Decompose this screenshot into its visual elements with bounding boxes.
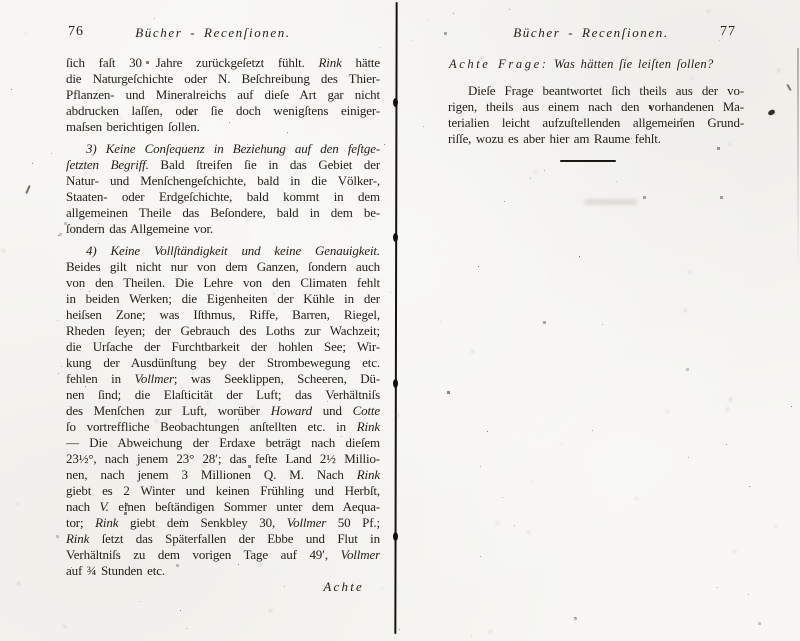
- text-segment: Howard: [271, 403, 312, 418]
- text-line: von den Theilen. Die Lehre von den Clima…: [66, 275, 380, 291]
- text-line: tor; Rink giebt dem Senkbley 30, Vollmer…: [66, 515, 380, 531]
- paragraph: ſich faſt 30 Jahre zurückgeſetzt fühlt. …: [66, 55, 380, 135]
- text-segment: riſſe, wozu es aber hier am Raume fehlt.: [448, 131, 661, 146]
- text-segment: maſsen berichtigen ſollen.: [66, 119, 200, 134]
- text-line: Natur- und Menſchengeſchichte, bald in d…: [66, 173, 380, 189]
- book-scan: 76 Bücher - Recenſionen. ſich faſt 30 Ja…: [0, 0, 800, 641]
- text-line: ſich faſt 30 Jahre zurückgeſetzt fühlt. …: [66, 55, 380, 71]
- scan-edge-artifact: [797, 48, 799, 268]
- page-number-right: 77: [720, 24, 736, 40]
- text-line: die Urſache der Furchtbarkeit der hohlen…: [66, 339, 380, 355]
- text-segment: giebt es 2 Winter und keinen Frühling un…: [66, 483, 380, 498]
- text-line: in beiden Werken; die Eigenheiten der Kü…: [66, 291, 380, 307]
- text-segment: Dieſe Frage beantwortet ſich theils aus …: [468, 83, 744, 98]
- text-segment: ſetzt das Späterfallen der Ebbe und Flut…: [89, 531, 380, 546]
- text-line: abdrucken laſſen, oder ſie doch wenigſte…: [66, 103, 380, 119]
- text-segment: Vollmer: [135, 371, 174, 386]
- scan-smudge: [585, 200, 637, 204]
- text-segment: Rink: [357, 467, 380, 482]
- scan-noise-light: [0, 0, 1, 1]
- text-segment: Achte Frage:: [449, 57, 549, 71]
- ink-speck: [786, 84, 791, 91]
- text-line: ſetzten Begriff. Bald ſtreifen ſie in da…: [66, 157, 380, 173]
- paragraph: 4) Keine Vollſtändigkeit und keine Genau…: [66, 243, 380, 579]
- text-segment: einen beſtändigen Sommer unter dem Aequa…: [109, 499, 380, 514]
- text-segment: Rink: [66, 531, 89, 546]
- text-line: rigen, theils aus einem nach den vorhand…: [448, 99, 744, 115]
- running-header-left: Bücher - Recenſionen.: [135, 25, 290, 41]
- text-segment: ſetzten Begriff.: [66, 157, 149, 172]
- text-segment: Natur- und Menſchengeſchichte, bald in d…: [66, 173, 380, 188]
- text-segment: terialien leicht aufzuſtellenden allgeme…: [448, 115, 744, 130]
- text-segment: Rink: [357, 419, 380, 434]
- text-segment: die Urſache der Furchtbarkeit der hohlen…: [66, 339, 380, 354]
- text-segment: 4) Keine Vollſtändigkeit und keine Genau…: [86, 243, 380, 258]
- gutter-ink-blob: [393, 532, 398, 541]
- text-segment: ſondern das Allgemeine vor.: [66, 221, 213, 236]
- text-segment: 23½°, nach jenem 23° 28′; das feſte Land…: [66, 451, 380, 466]
- text-segment: allgemeinen Theile das Beſondere, bald i…: [66, 205, 380, 220]
- text-line: 4) Keine Vollſtändigkeit und keine Genau…: [66, 243, 380, 259]
- text-block-left: ſich faſt 30 Jahre zurückgeſetzt fühlt. …: [66, 55, 380, 579]
- text-block-right: Dieſe Frage beantwortet ſich theils aus …: [448, 83, 744, 147]
- gutter-ink-blob: [393, 233, 398, 242]
- text-line: 3) Keine Conſequenz in Beziehung auf den…: [66, 141, 380, 157]
- text-segment: abdrucken laſſen, oder ſie doch wenigſte…: [66, 103, 380, 118]
- text-segment: tor;: [66, 515, 95, 530]
- catchword: Achte: [323, 579, 364, 595]
- paragraph: Dieſe Frage beantwortet ſich theils aus …: [448, 83, 744, 147]
- text-segment: Verhältniſs zu dem vorigen Tage auf 49′,: [66, 547, 341, 562]
- text-line: auf ¾ Stunden etc.: [66, 563, 380, 579]
- text-segment: 3) Keine Conſequenz in Beziehung auf den…: [86, 141, 380, 156]
- text-segment: kung der Ausdünſtung bey der Strombewegu…: [66, 355, 380, 370]
- text-line: Beides gilt nicht nur von dem Ganzen, ſo…: [66, 259, 380, 275]
- text-line: ſondern das Allgemeine vor.: [66, 221, 380, 237]
- text-line: nen, nach jenem 3 Millionen Q. M. Nach R…: [66, 467, 380, 483]
- text-segment: ſo vortreffliche Beobachtungen anſtellte…: [66, 419, 357, 434]
- text-line: 23½°, nach jenem 23° 28′; das feſte Land…: [66, 451, 380, 467]
- text-line: Pflanzen- und Mineralreichs auf dieſe Ar…: [66, 87, 380, 103]
- text-segment: die Naturgeſchichte oder N. Beſchreibung…: [66, 71, 380, 86]
- running-header-right: Bücher - Recenſionen.: [513, 25, 668, 41]
- text-line: Rink ſetzt das Späterfallen der Ebbe und…: [66, 531, 380, 547]
- ink-speck: [25, 185, 30, 194]
- section-heading: Achte Frage: Was hätten ſie leiſten ſoll…: [449, 57, 714, 72]
- text-segment: von den Theilen. Die Lehre von den Clima…: [66, 275, 380, 290]
- text-segment: Beides gilt nicht nur von dem Ganzen, ſo…: [66, 259, 380, 274]
- text-segment: nen, nach jenem 3 Millionen Q. M. Nach: [66, 467, 357, 482]
- text-segment: des Menſchen zur Luft, worüber: [66, 403, 271, 418]
- text-segment: Bald ſtreifen ſie in das Gebiet der: [149, 157, 380, 172]
- text-segment: nen ſind; die Elaſticität der Luft; das …: [66, 387, 380, 402]
- text-line: nen ſind; die Elaſticität der Luft; das …: [66, 387, 380, 403]
- page-number-left: 76: [68, 24, 84, 40]
- ink-speck: [767, 109, 775, 116]
- text-line: nach V. einen beſtändigen Sommer unter d…: [66, 499, 380, 515]
- paragraph: 3) Keine Conſequenz in Beziehung auf den…: [66, 141, 380, 237]
- text-line: ſo vortreffliche Beobachtungen anſtellte…: [66, 419, 380, 435]
- text-line: fehlen in Vollmer; was Seeklippen, Schee…: [66, 371, 380, 387]
- text-segment: Vollmer: [341, 547, 380, 562]
- text-line: allgemeinen Theile das Beſondere, bald i…: [66, 205, 380, 221]
- gutter-ink-blob: [393, 98, 398, 107]
- text-line: riſſe, wozu es aber hier am Raume fehlt.: [448, 131, 744, 147]
- text-line: maſsen berichtigen ſollen.: [66, 119, 380, 135]
- text-segment: Rink: [95, 515, 118, 530]
- gutter-ink-blob: [393, 379, 398, 388]
- text-segment: heiſsen Zone; was Iſthmus, Riffe, Barren…: [66, 307, 380, 322]
- text-line: Rheden ſeyen; der Gebrauch des Loths zur…: [66, 323, 380, 339]
- text-segment: — Die Abweichung der Erdaxe beträgt nach…: [66, 435, 380, 450]
- text-segment: Cotte: [353, 403, 380, 418]
- text-segment: rigen, theils aus einem nach den vorhand…: [448, 99, 744, 114]
- text-line: giebt es 2 Winter und keinen Frühling un…: [66, 483, 380, 499]
- text-line: terialien leicht aufzuſtellenden allgeme…: [448, 115, 744, 131]
- text-line: Staaten- oder Erdgeſchichte, bald kommt …: [66, 189, 380, 205]
- text-segment: ; was Seeklippen, Scheeren, Dü-: [174, 371, 380, 386]
- text-segment: hätte: [342, 55, 380, 70]
- text-segment: Rink: [319, 55, 342, 70]
- text-segment: auf ¾ Stunden etc.: [66, 563, 165, 578]
- scan-noise-dark: [0, 0, 1, 1]
- text-line: Verhältniſs zu dem vorigen Tage auf 49′,…: [66, 547, 380, 563]
- text-line: heiſsen Zone; was Iſthmus, Riffe, Barren…: [66, 307, 380, 323]
- text-segment: und: [312, 403, 353, 418]
- section-end-rule: [560, 160, 616, 162]
- text-segment: Was hätten ſie leiſten ſollen?: [554, 57, 714, 71]
- text-line: kung der Ausdünſtung bey der Strombewegu…: [66, 355, 380, 371]
- text-line: die Naturgeſchichte oder N. Beſchreibung…: [66, 71, 380, 87]
- text-line: — Die Abweichung der Erdaxe beträgt nach…: [66, 435, 380, 451]
- text-segment: V.: [99, 499, 108, 514]
- text-segment: ſich faſt 30 Jahre zurückgeſetzt fühlt.: [66, 55, 319, 70]
- text-segment: fehlen in: [66, 371, 135, 386]
- text-segment: nach: [66, 499, 99, 514]
- text-segment: Staaten- oder Erdgeſchichte, bald kommt …: [66, 189, 380, 204]
- text-segment: in beiden Werken; die Eigenheiten der Kü…: [66, 291, 380, 306]
- text-line: des Menſchen zur Luft, worüber Howard un…: [66, 403, 380, 419]
- text-segment: giebt dem Senkbley 30,: [118, 515, 286, 530]
- text-segment: Pflanzen- und Mineralreichs auf dieſe Ar…: [66, 87, 380, 102]
- text-segment: Vollmer: [287, 515, 326, 530]
- text-segment: Rheden ſeyen; der Gebrauch des Loths zur…: [66, 323, 380, 338]
- text-segment: 50 Pf.;: [326, 515, 380, 530]
- text-line: Dieſe Frage beantwortet ſich theils aus …: [448, 83, 744, 99]
